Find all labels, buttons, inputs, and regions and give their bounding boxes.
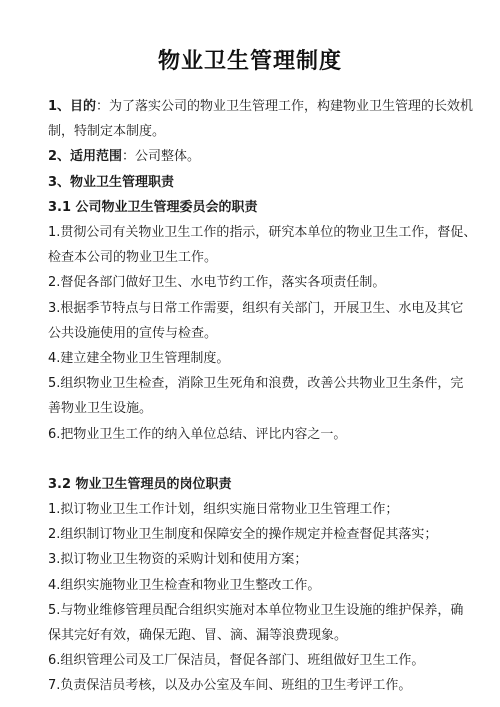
- committee-line: 公共设施使用的宣传与检查。: [48, 321, 460, 346]
- committee-line: 检查本公司的物业卫生工作。: [48, 245, 460, 270]
- committee-line: 2.督促各部门做好卫生、水电节约工作，落实各项责任制。: [48, 270, 460, 295]
- committee-line: 5.组织物业卫生检查，消除卫生死角和浪费，改善公共物业卫生条件，完: [48, 371, 460, 396]
- committee-line: 3.根据季节特点与日常工作需要，组织有关部门，开展卫生、水电及其它: [48, 296, 460, 321]
- committee-line: 6.把物业卫生工作的纳入单位总结、评比内容之一。: [48, 422, 460, 447]
- duties-heading: 3、物业卫生管理职责: [48, 170, 460, 195]
- manager-line: 5.与物业维修管理员配合组织实施对本单位物业卫生设施的维护保养，确: [48, 598, 460, 623]
- purpose-text: ：为了落实公司的物业卫生管理工作，构建物业卫生管理的长效机: [96, 99, 473, 114]
- committee-line: 1.贯彻公司有关物业卫生工作的指示，研究本单位的物业卫生工作，督促、: [48, 220, 460, 245]
- manager-line: 2.组织制订物业卫生制度和保障安全的操作规定并检查督促其落实；: [48, 522, 460, 547]
- manager-heading: 3.2 物业卫生管理员的岗位职责: [48, 472, 460, 497]
- manager-line: 6.组织管理公司及工厂保洁员，督促各部门、班组做好卫生工作。: [48, 648, 460, 673]
- committee-heading: 3.1 公司物业卫生管理委员会的职责: [48, 195, 460, 220]
- manager-line: 1.拟订物业卫生工作计划，组织实施日常物业卫生管理工作；: [48, 497, 460, 522]
- scope-text: ：公司整体。: [122, 149, 200, 164]
- document-body: 1、目的：为了落实公司的物业卫生管理工作，构建物业卫生管理的长效机 制，特制定本…: [48, 94, 460, 699]
- purpose-line-2: 制，特制定本制度。: [48, 119, 460, 144]
- scope-label: 2、适用范围: [48, 149, 122, 164]
- section-spacer: [48, 447, 460, 472]
- committee-line: 善物业卫生设施。: [48, 396, 460, 421]
- manager-line: 4.组织实施物业卫生检查和物业卫生整改工作。: [48, 573, 460, 598]
- purpose-label: 1、目的: [48, 99, 96, 114]
- document-title: 物业卫生管理制度: [0, 44, 500, 75]
- manager-line: 保其完好有效，确保无跑、冒、滴、漏等浪费现象。: [48, 623, 460, 648]
- manager-line: 7.负责保洁员考核，以及办公室及车间、班组的卫生考评工作。: [48, 673, 460, 698]
- scope-line: 2、适用范围：公司整体。: [48, 144, 460, 169]
- committee-line: 4.建立建全物业卫生管理制度。: [48, 346, 460, 371]
- manager-line: 3.拟订物业卫生物资的采购计划和使用方案；: [48, 547, 460, 572]
- purpose-line: 1、目的：为了落实公司的物业卫生管理工作，构建物业卫生管理的长效机: [48, 94, 460, 119]
